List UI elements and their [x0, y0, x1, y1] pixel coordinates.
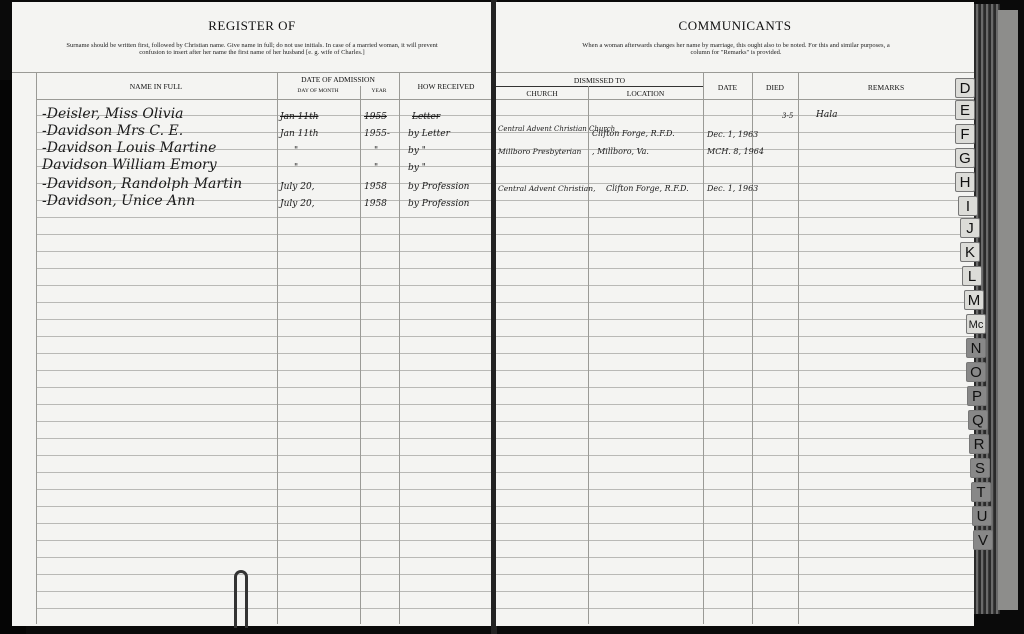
header-top-rule: [12, 72, 492, 73]
entry-year: ": [374, 146, 378, 156]
right-page: COMMUNICANTS When a woman afterwards cha…: [496, 2, 974, 626]
page-title-right: COMMUNICANTS: [496, 18, 974, 34]
col-church-header: CHURCH: [496, 89, 588, 98]
entry-how: by ": [408, 163, 426, 173]
entry-how: by Letter: [408, 129, 450, 139]
entry-day: July 20,: [280, 182, 315, 192]
paperclip: [234, 570, 248, 628]
entry-how: by Profession: [408, 199, 469, 209]
index-tab-u[interactable]: U: [972, 506, 992, 526]
index-tab-mc[interactable]: Mc: [966, 314, 986, 334]
left-page: REGISTER OF Surname should be written fi…: [12, 2, 492, 626]
entry-church: Central Advent Christian,: [498, 184, 595, 193]
entry-day: ": [294, 146, 298, 156]
entry-day: Jan 11th: [280, 129, 319, 139]
col-name-header: NAME IN FULL: [36, 82, 276, 91]
index-tab-k[interactable]: K: [960, 242, 980, 262]
entry-died: 3-5: [782, 112, 793, 120]
col-location-header: LOCATION: [588, 89, 703, 98]
col-divider: [399, 72, 400, 624]
col-divider: [798, 72, 799, 624]
index-tab-f[interactable]: F: [955, 124, 975, 144]
entry-year: 1955: [364, 112, 387, 122]
col-date-admission-header: DATE OF ADMISSION: [277, 75, 399, 84]
col-dismissed-header: DISMISSED TO: [496, 76, 703, 85]
index-tab-e[interactable]: E: [955, 100, 975, 120]
entry-remarks: Hala: [816, 110, 837, 120]
index-tab-l[interactable]: L: [962, 266, 982, 286]
index-tab-v[interactable]: V: [973, 530, 993, 550]
entry-date: Dec. 1, 1963: [707, 130, 758, 139]
entry-year: 1955-: [364, 129, 390, 139]
entry-name: -Davidson Mrs C. E.: [42, 123, 183, 139]
index-tab-t[interactable]: T: [971, 482, 991, 502]
index-tab-j[interactable]: J: [960, 218, 980, 238]
index-tab-h[interactable]: H: [955, 172, 975, 192]
col-divider: [277, 72, 278, 624]
index-tab-o[interactable]: O: [966, 362, 986, 382]
entry-day: July 20,: [280, 199, 315, 209]
entry-name: -Davidson, Unice Ann: [42, 193, 195, 209]
index-tab-r[interactable]: R: [969, 434, 989, 454]
instructions-right: When a woman afterwards changes her name…: [576, 42, 896, 56]
index-tab-g[interactable]: G: [955, 148, 975, 168]
index-tab-s[interactable]: S: [970, 458, 990, 478]
entry-date: MCH. 8, 1964: [707, 147, 764, 156]
col-how-received-header: HOW RECEIVED: [400, 82, 492, 91]
col-divider: [588, 86, 589, 624]
entry-how: by ": [408, 146, 426, 156]
instructions-left: Surname should be written first, followe…: [62, 42, 442, 56]
col-died-header: DIED: [752, 83, 798, 92]
index-tab-q[interactable]: Q: [968, 410, 988, 430]
index-tab-p[interactable]: P: [967, 386, 987, 406]
page-title-left: REGISTER OF: [12, 18, 492, 34]
left-margin-rule: [36, 72, 37, 624]
entry-how: Letter: [412, 112, 440, 122]
index-tab-d[interactable]: D: [955, 78, 975, 98]
entry-church: Millboro Presbyterian: [498, 147, 581, 156]
col-year-header: YEAR: [360, 88, 398, 94]
entry-day: ": [294, 163, 298, 173]
entry-location: , Millboro, Va.: [592, 147, 649, 156]
entry-day: Jan 11th: [280, 112, 319, 122]
entry-year: 1958: [364, 199, 387, 209]
col-remarks-header: REMARKS: [798, 83, 974, 92]
header-top-rule: [496, 72, 974, 73]
col-date-header: DATE: [703, 83, 752, 92]
col-divider: [360, 86, 361, 624]
entry-name: Davidson William Emory: [42, 157, 217, 173]
entry-name: -Davidson Louis Martine: [42, 140, 216, 156]
entry-location: Clifton Forge, R.F.D.: [592, 129, 675, 138]
index-tab-i[interactable]: I: [958, 196, 978, 216]
col-divider: [703, 72, 704, 624]
index-tab-m[interactable]: M: [964, 290, 984, 310]
entry-how: by Profession: [408, 182, 469, 192]
entry-year: ": [374, 163, 378, 173]
entry-location: Clifton Forge, R.F.D.: [606, 184, 689, 193]
entry-year: 1958: [364, 182, 387, 192]
dismissed-underline: [496, 86, 703, 87]
entry-name: -Deisler, Miss Olivia: [42, 106, 184, 122]
col-day-header: DAY OF MONTH: [277, 88, 359, 94]
ruled-lines-right: [496, 99, 974, 623]
book-cover-edge: [998, 10, 1018, 610]
index-tab-n[interactable]: N: [966, 338, 986, 358]
entry-name: -Davidson, Randolph Martin: [42, 176, 242, 192]
entry-date: Dec. 1, 1963: [707, 184, 758, 193]
